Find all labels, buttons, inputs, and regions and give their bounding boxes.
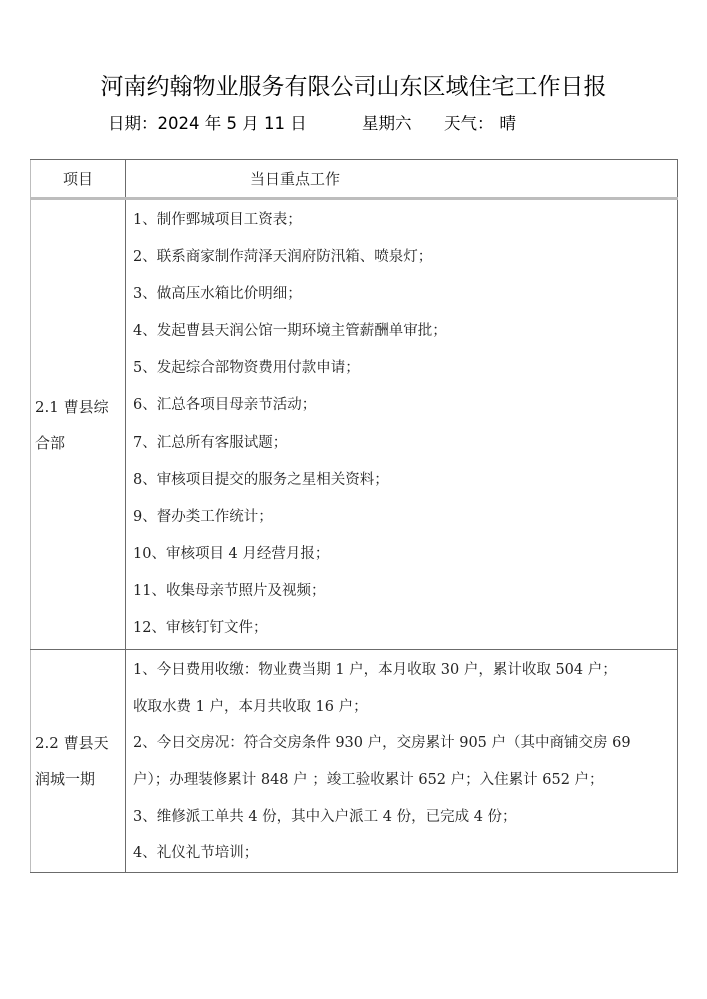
work-item: 4、发起曹县天润公馆一期环境主管薪酬单审批； <box>133 313 675 350</box>
weather-line: 天气：晴 <box>444 110 516 134</box>
work-item: 户）；办理装修累计 848 户 ；竣工验收累计 652 户；入住累计 652 户… <box>133 762 675 799</box>
weather-label: 天气： <box>444 114 494 133</box>
work-item: 8、审核项目提交的服务之星相关资料； <box>133 462 675 499</box>
report-title: 河南约翰物业服务有限公司山东区域住宅工作日报 <box>0 68 707 101</box>
weekday: 星期六 <box>362 110 412 134</box>
project-label: 2.1 曹县综合部 <box>35 389 123 461</box>
table-header-row: 项目 当日重点工作 <box>31 160 678 199</box>
work-item: 1、制作鄄城项目工资表； <box>133 202 675 239</box>
work-item: 3、做高压水箱比价明细； <box>133 276 675 313</box>
work-item: 12、审核钉钉文件； <box>133 610 675 647</box>
project-label: 2.2 曹县天润城一期 <box>35 725 123 797</box>
work-item: 6、汇总各项目母亲节活动； <box>133 387 675 424</box>
work-cell-comprehensive-dept: 1、制作鄄城项目工资表； 2、联系商家制作菏泽天润府防汛箱、喷泉灯； 3、做高压… <box>126 199 678 650</box>
table-row: 2.1 曹县综合部 1、制作鄄城项目工资表； 2、联系商家制作菏泽天润府防汛箱、… <box>31 199 678 650</box>
table-row: 2.2 曹县天润城一期 1、今日费用收缴：物业费当期 1 户，本月收取 30 户… <box>31 650 678 873</box>
work-item: 收取水费 1 户，本月共收取 16 户； <box>133 689 675 726</box>
work-item: 7、汇总所有客服试题； <box>133 425 675 462</box>
project-cell-tianruncheng-phase1: 2.2 曹县天润城一期 <box>31 650 126 873</box>
header-project: 项目 <box>31 160 126 199</box>
work-item: 9、督办类工作统计； <box>133 499 675 536</box>
work-item: 1、今日费用收缴：物业费当期 1 户，本月收取 30 户，累计收取 504 户； <box>133 652 675 689</box>
date-value: 2024 年 5 月 11 日 <box>158 114 307 133</box>
header-work: 当日重点工作 <box>126 160 678 199</box>
work-item: 11、收集母亲节照片及视频； <box>133 573 675 610</box>
work-item: 4、礼仪礼节培训； <box>133 835 675 872</box>
work-item: 3、维修派工单共 4 份，其中入户派工 4 份，已完成 4 份； <box>133 799 675 836</box>
work-item: 2、联系商家制作菏泽天润府防汛箱、喷泉灯； <box>133 239 675 276</box>
work-item: 10、审核项目 4 月经营月报； <box>133 536 675 573</box>
date-label: 日期： <box>108 114 158 133</box>
work-item: 5、发起综合部物资费用付款申请； <box>133 350 675 387</box>
work-cell-tianruncheng-phase1: 1、今日费用收缴：物业费当期 1 户，本月收取 30 户，累计收取 504 户；… <box>126 650 678 873</box>
project-cell-comprehensive-dept: 2.1 曹县综合部 <box>31 199 126 650</box>
date-line: 日期：2024 年 5 月 11 日 <box>108 110 307 134</box>
work-item: 2、今日交房况：符合交房条件 930 户，交房累计 905 户（其中商铺交房 6… <box>133 725 675 762</box>
work-report-table: 项目 当日重点工作 2.1 曹县综合部 1、制作鄄城项目工资表； 2、联系商家制… <box>30 159 678 873</box>
weather-value: 晴 <box>500 114 517 133</box>
